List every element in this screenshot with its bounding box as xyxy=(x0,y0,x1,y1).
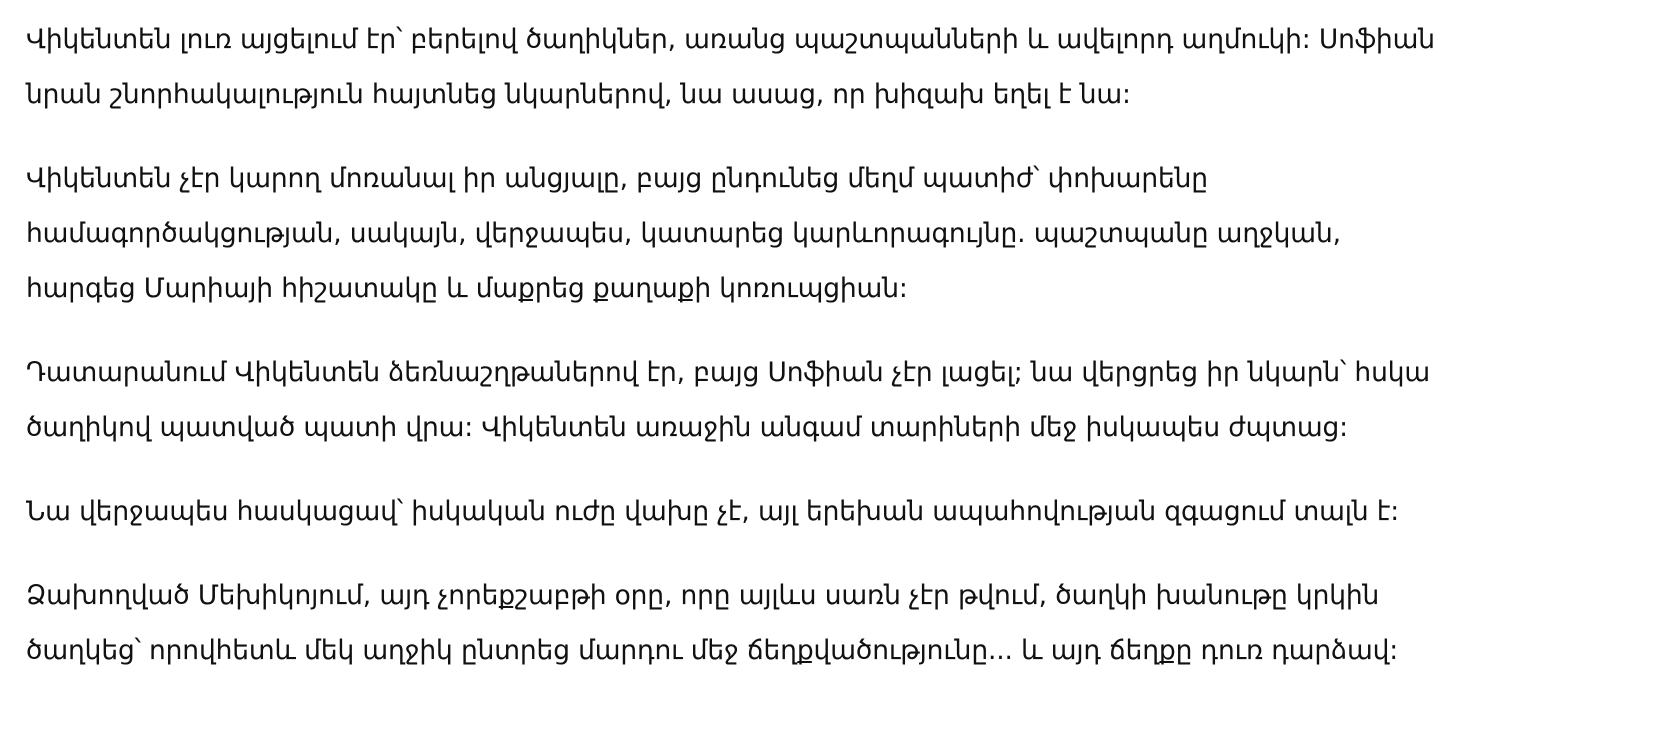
paragraph-1: Վիկենտեն լուռ այցելում էր՝ բերելով ծաղիկ… xyxy=(26,12,1626,122)
document-body: Վիկենտեն լուռ այցելում էր՝ բերելով ծաղիկ… xyxy=(26,12,1626,707)
paragraph-line: Վիկենտեն լուռ այցելում էր՝ բերելով ծաղիկ… xyxy=(26,24,1435,55)
paragraph-4: Նա վերջապես հասկացավ՝ իսկական ուժը վախը … xyxy=(26,484,1626,539)
paragraph-line: հարգեց Մարիայի հիշատակը և մաքրեց քաղաքի … xyxy=(26,273,908,304)
paragraph-line: Նա վերջապես հասկացավ՝ իսկական ուժը վախը … xyxy=(26,496,1399,527)
paragraph-line: Ձախողված Մեխիկոյում, այդ չորեքշաբթի օրը,… xyxy=(26,580,1379,611)
paragraph-line: ծաղկեց՝ որովհետև մեկ աղջիկ ընտրեց մարդու… xyxy=(26,635,1398,666)
paragraph-3: Դատարանում Վիկենտեն ձեռնաշղթաներով էր, բ… xyxy=(26,345,1626,455)
paragraph-5: Ձախողված Մեխիկոյում, այդ չորեքշաբթի օրը,… xyxy=(26,568,1626,678)
paragraph-line: նրան շնորհակալություն հայտնեց նկարներով,… xyxy=(26,79,1131,110)
paragraph-line: Վիկենտեն չէր կարող մոռանալ իր անցյալը, բ… xyxy=(26,163,1208,194)
paragraph-2: Վիկենտեն չէր կարող մոռանալ իր անցյալը, բ… xyxy=(26,151,1626,316)
paragraph-line: ծաղիկով պատված պատի վրա: Վիկենտեն առաջին… xyxy=(26,412,1348,443)
paragraph-line: համագործակցության, սակայն, վերջապես, կատ… xyxy=(26,218,1341,249)
paragraph-line: Դատարանում Վիկենտեն ձեռնաշղթաներով էր, բ… xyxy=(26,357,1430,388)
